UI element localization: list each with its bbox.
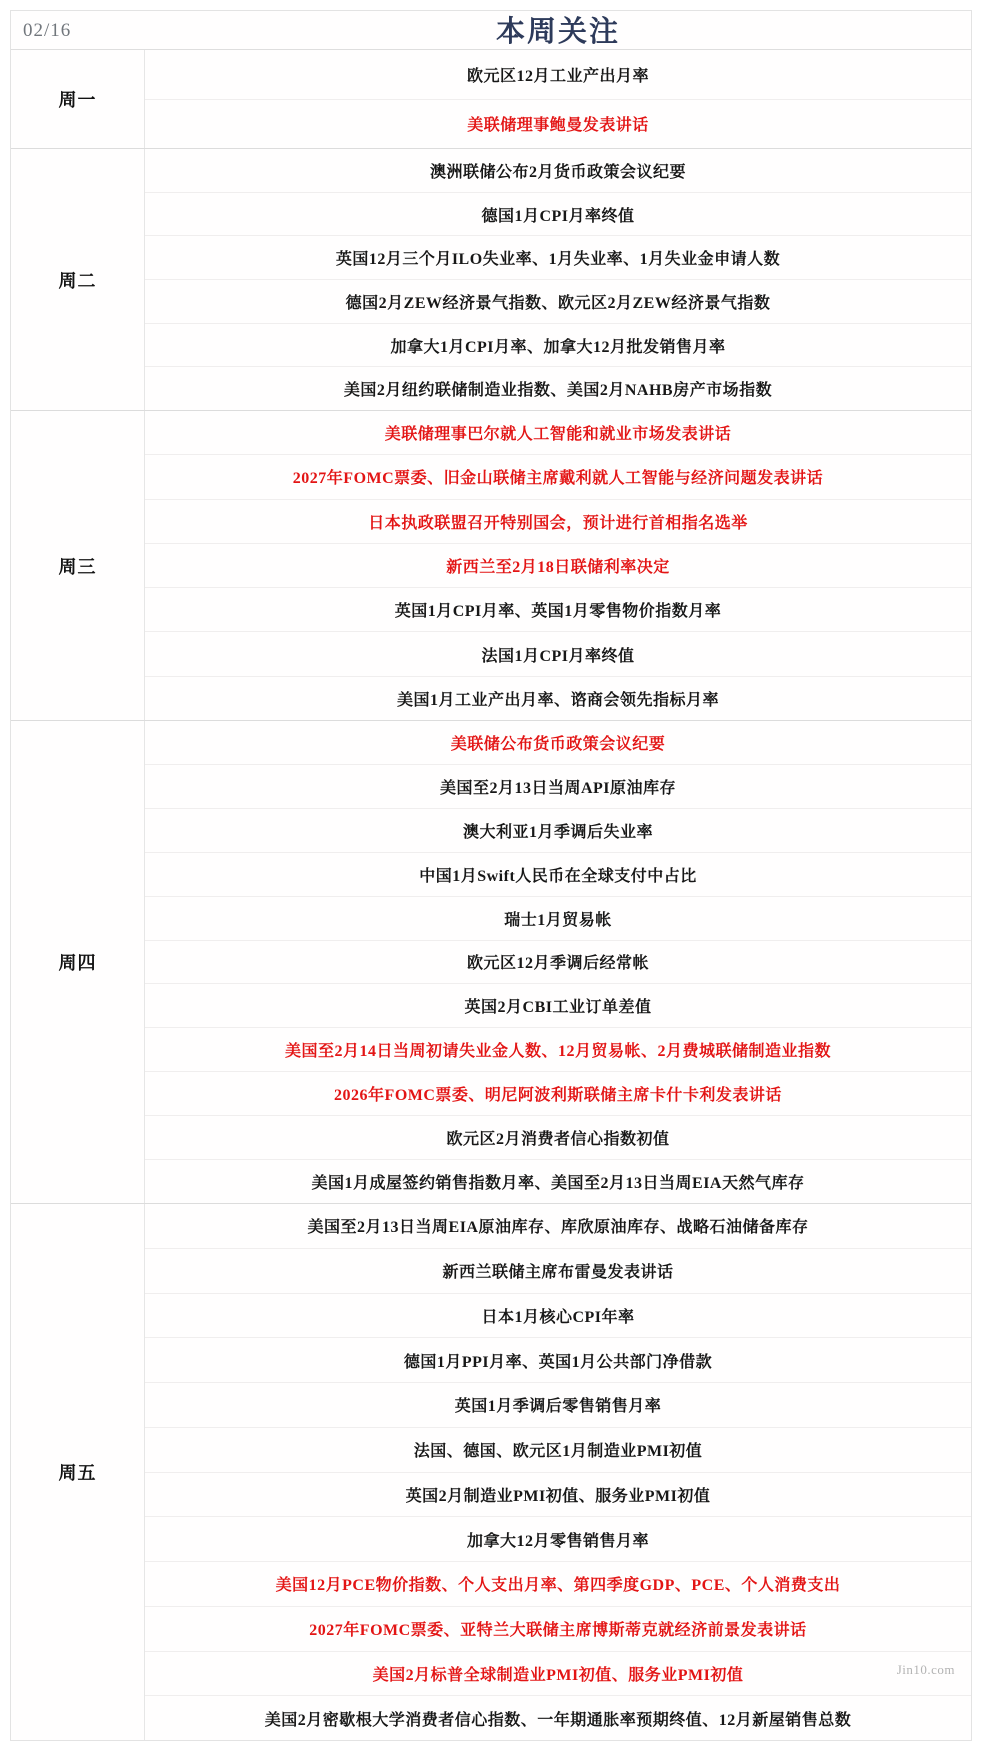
watermark: Jin10.com — [897, 1662, 955, 1678]
event-row: 美联储公布货币政策会议纪要 — [145, 721, 971, 764]
event-row: 美国2月密歇根大学消费者信心指数、一年期通胀率预期终值、12月新屋销售总数 — [145, 1695, 971, 1740]
day-label: 周一 — [11, 50, 145, 148]
event-row: 德国1月CPI月率终值 — [145, 192, 971, 236]
event-row: 2027年FOMC票委、旧金山联储主席戴利就人工智能与经济问题发表讲话 — [145, 454, 971, 498]
event-row: 2027年FOMC票委、亚特兰大联储主席博斯蒂克就经济前景发表讲话 — [145, 1606, 971, 1651]
table-header: 02/16 本周关注 — [11, 11, 971, 50]
day-section-thursday: 周四美联储公布货币政策会议纪要美国至2月13日当周API原油库存澳大利亚1月季调… — [11, 720, 971, 1203]
day-label: 周二 — [11, 149, 145, 410]
event-row: 美国1月成屋签约销售指数月率、美国至2月13日当周EIA天然气库存 — [145, 1159, 971, 1203]
event-list: 美联储理事巴尔就人工智能和就业市场发表讲话2027年FOMC票委、旧金山联储主席… — [145, 411, 971, 720]
event-row: 澳大利亚1月季调后失业率 — [145, 808, 971, 852]
event-row: 英国1月季调后零售销售月率 — [145, 1382, 971, 1427]
event-row: 瑞士1月贸易帐 — [145, 896, 971, 940]
event-list: 美国至2月13日当周EIA原油库存、库欣原油库存、战略石油储备库存新西兰联储主席… — [145, 1204, 971, 1740]
day-label: 周五 — [11, 1204, 145, 1740]
day-section-wednesday: 周三美联储理事巴尔就人工智能和就业市场发表讲话2027年FOMC票委、旧金山联储… — [11, 410, 971, 720]
event-list: 欧元区12月工业产出月率美联储理事鲍曼发表讲话 — [145, 50, 971, 148]
date-label: 02/16 — [23, 11, 71, 49]
day-label: 周四 — [11, 721, 145, 1203]
event-row: 日本执政联盟召开特别国会，预计进行首相指名选举 — [145, 499, 971, 543]
event-row: 美国1月工业产出月率、谘商会领先指标月率 — [145, 676, 971, 720]
event-row: 2026年FOMC票委、明尼阿波利斯联储主席卡什卡利发表讲话 — [145, 1071, 971, 1115]
event-row: 美国至2月14日当周初请失业金人数、12月贸易帐、2月费城联储制造业指数 — [145, 1027, 971, 1071]
day-section-tuesday: 周二澳洲联储公布2月货币政策会议纪要德国1月CPI月率终值英国12月三个月ILO… — [11, 148, 971, 410]
event-row: 加拿大1月CPI月率、加拿大12月批发销售月率 — [145, 323, 971, 367]
event-row: 美国至2月13日当周API原油库存 — [145, 764, 971, 808]
event-row: 澳洲联储公布2月货币政策会议纪要 — [145, 149, 971, 192]
event-row: 英国2月制造业PMI初值、服务业PMI初值 — [145, 1472, 971, 1517]
weekly-focus-table: 02/16 本周关注 周一欧元区12月工业产出月率美联储理事鲍曼发表讲话周二澳洲… — [10, 10, 972, 1741]
event-row: 中国1月Swift人民币在全球支付中占比 — [145, 852, 971, 896]
event-list: 澳洲联储公布2月货币政策会议纪要德国1月CPI月率终值英国12月三个月ILO失业… — [145, 149, 971, 410]
day-section-friday: 周五美国至2月13日当周EIA原油库存、库欣原油库存、战略石油储备库存新西兰联储… — [11, 1203, 971, 1740]
event-row: 英国2月CBI工业订单差值 — [145, 983, 971, 1027]
page-title: 本周关注 — [145, 11, 971, 49]
event-row: 美联储理事巴尔就人工智能和就业市场发表讲话 — [145, 411, 971, 454]
event-row: 法国1月CPI月率终值 — [145, 631, 971, 675]
event-row: 法国、德国、欧元区1月制造业PMI初值 — [145, 1427, 971, 1472]
event-row: 欧元区12月工业产出月率 — [145, 50, 971, 99]
event-row: 欧元区2月消费者信心指数初值 — [145, 1115, 971, 1159]
event-list: 美联储公布货币政策会议纪要美国至2月13日当周API原油库存澳大利亚1月季调后失… — [145, 721, 971, 1203]
day-label: 周三 — [11, 411, 145, 720]
event-row: 日本1月核心CPI年率 — [145, 1293, 971, 1338]
event-row: 美国2月纽约联储制造业指数、美国2月NAHB房产市场指数 — [145, 366, 971, 410]
event-row: 德国1月PPI月率、英国1月公共部门净借款 — [145, 1337, 971, 1382]
event-row: 英国1月CPI月率、英国1月零售物价指数月率 — [145, 587, 971, 631]
event-row: 英国12月三个月ILO失业率、1月失业率、1月失业金申请人数 — [145, 235, 971, 279]
event-row: 欧元区12月季调后经常帐 — [145, 940, 971, 984]
calendar-body: 周一欧元区12月工业产出月率美联储理事鲍曼发表讲话周二澳洲联储公布2月货币政策会… — [11, 50, 971, 1740]
event-row: 美国至2月13日当周EIA原油库存、库欣原油库存、战略石油储备库存 — [145, 1204, 971, 1248]
event-row: 新西兰联储主席布雷曼发表讲话 — [145, 1248, 971, 1293]
day-section-monday: 周一欧元区12月工业产出月率美联储理事鲍曼发表讲话 — [11, 50, 971, 148]
event-row: 美联储理事鲍曼发表讲话 — [145, 99, 971, 149]
event-row: 德国2月ZEW经济景气指数、欧元区2月ZEW经济景气指数 — [145, 279, 971, 323]
event-row: 新西兰至2月18日联储利率决定 — [145, 543, 971, 587]
event-row: 加拿大12月零售销售月率 — [145, 1516, 971, 1561]
event-row: 美国12月PCE物价指数、个人支出月率、第四季度GDP、PCE、个人消费支出 — [145, 1561, 971, 1606]
event-row: 美国2月标普全球制造业PMI初值、服务业PMI初值 — [145, 1651, 971, 1696]
